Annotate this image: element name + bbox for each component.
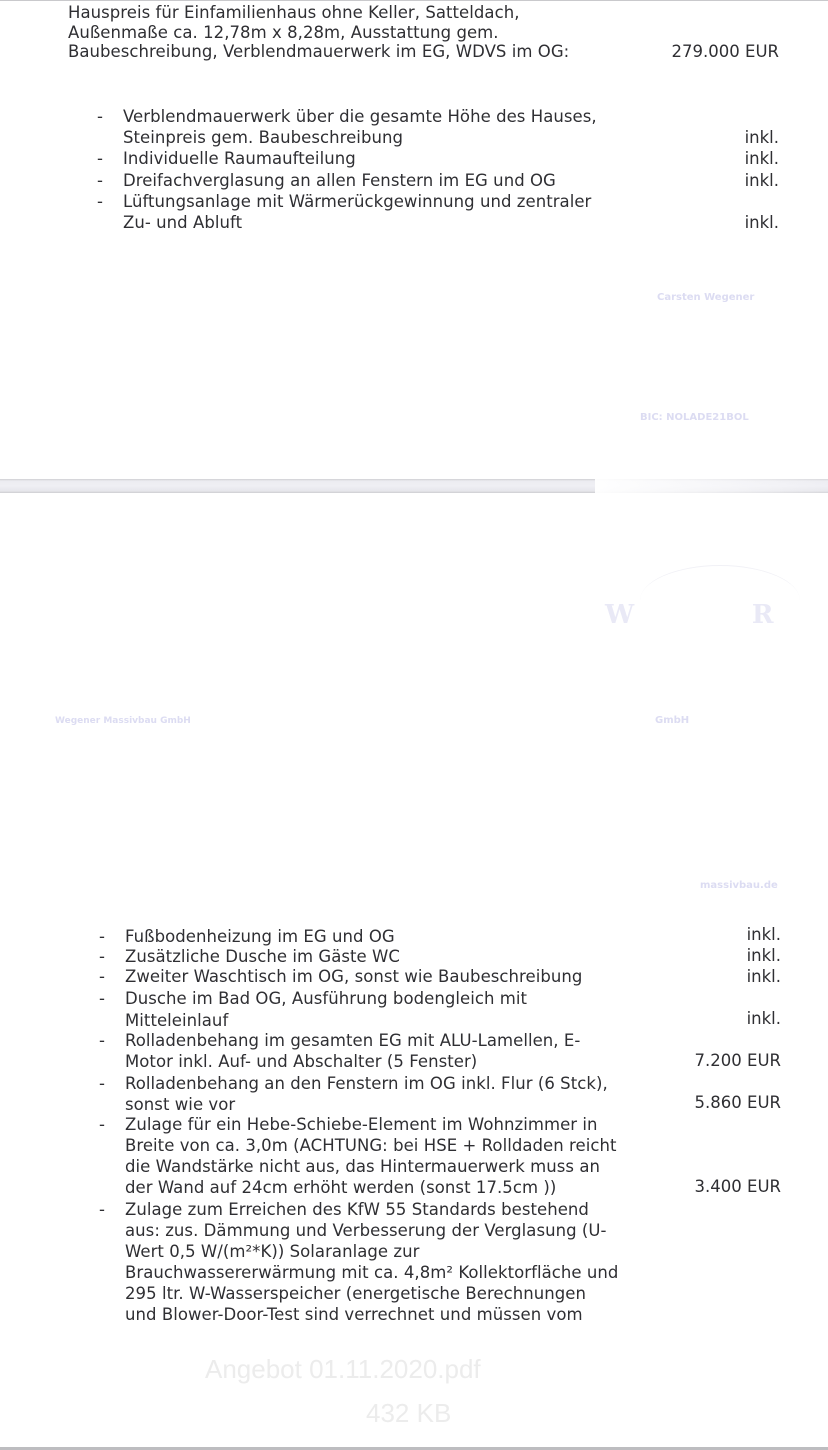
item-line: Mitteleinlauf xyxy=(125,1010,228,1031)
item-line: Verblendmauerwerk über die gesamte Höhe … xyxy=(123,106,597,127)
bullet-dash: - xyxy=(99,946,105,967)
item-price: inkl. xyxy=(747,966,781,987)
logo-ghost-icon: W R xyxy=(605,600,773,630)
bullet-dash: - xyxy=(97,191,103,212)
item-price: 5.860 EUR xyxy=(695,1092,781,1113)
item-line: Motor inkl. Auf- und Abschalter (5 Fenst… xyxy=(125,1051,477,1072)
item-line: Dusche im Bad OG, Ausführung bodengleich… xyxy=(125,988,527,1009)
item-line: sonst wie vor xyxy=(125,1094,235,1115)
watermark-text: BIC: NOLADE21BOL xyxy=(640,412,749,423)
watermark-text: Carsten Wegener xyxy=(657,292,754,303)
item-price: inkl. xyxy=(747,1008,781,1029)
item-line: Brauchwassererwärmung mit ca. 4,8m² Koll… xyxy=(125,1262,618,1283)
header-line: Hauspreis für Einfamilienhaus ohne Kelle… xyxy=(68,2,520,23)
item-line: Zweiter Waschtisch im OG, sonst wie Baub… xyxy=(125,966,582,987)
item-line: Breite von ca. 3,0m (ACHTUNG: bei HSE + … xyxy=(125,1135,617,1156)
item-line: Fußbodenheizung im EG und OG xyxy=(125,926,395,947)
item-line: Zu- und Abluft xyxy=(123,212,242,233)
bullet-dash: - xyxy=(99,1114,105,1135)
bullet-dash: - xyxy=(99,988,105,1009)
bullet-dash: - xyxy=(97,148,103,169)
top-border xyxy=(0,0,828,1)
item-line: Lüftungsanlage mit Wärmerückgewinnung un… xyxy=(123,191,591,212)
watermark-text: GmbH xyxy=(655,715,689,726)
bullet-dash: - xyxy=(99,1199,105,1220)
item-price: 7.200 EUR xyxy=(695,1050,781,1071)
attachment-size-ghost: 432 KB xyxy=(366,1398,451,1429)
item-line: die Wandstärke nicht aus, das Hintermaue… xyxy=(125,1156,600,1177)
header-line: Baubeschreibung, Verblendmauerwerk im EG… xyxy=(68,41,569,62)
item-price: 3.400 EUR xyxy=(695,1176,781,1197)
item-price: inkl. xyxy=(745,212,779,233)
base-price: 279.000 EUR xyxy=(672,41,779,62)
item-line: Rolladenbehang im gesamten EG mit ALU-La… xyxy=(125,1030,580,1051)
watermark-text: Wegener Massivbau GmbH xyxy=(55,716,191,726)
bullet-dash: - xyxy=(99,1073,105,1094)
item-price: inkl. xyxy=(745,170,779,191)
item-line: aus: zus. Dämmung und Verbesserung der V… xyxy=(125,1220,607,1241)
item-line: Zulage für ein Hebe-Schiebe-Element im W… xyxy=(125,1114,598,1135)
item-line: Rolladenbehang an den Fenstern im OG ink… xyxy=(125,1073,608,1094)
bullet-dash: - xyxy=(97,170,103,191)
item-line: Individuelle Raumaufteilung xyxy=(123,148,356,169)
item-price: inkl. xyxy=(745,148,779,169)
bullet-dash: - xyxy=(97,106,103,127)
item-line: und Blower-Door-Test sind verrechnet und… xyxy=(125,1304,583,1325)
page-separator xyxy=(0,479,828,493)
bullet-dash: - xyxy=(99,966,105,987)
header-line: Außenmaße ca. 12,78m x 8,28m, Ausstattun… xyxy=(68,22,499,43)
item-line: 295 ltr. W-Wasserspeicher (energetische … xyxy=(125,1283,586,1304)
attachment-filename-ghost: Angebot 01.11.2020.pdf xyxy=(205,1354,481,1385)
item-line: Zulage zum Erreichen des KfW 55 Standard… xyxy=(125,1199,589,1220)
item-price: inkl. xyxy=(747,924,781,945)
bullet-dash: - xyxy=(99,926,105,947)
item-line: Dreifachverglasung an allen Fenstern im … xyxy=(123,170,556,191)
item-line: der Wand auf 24cm erhöht werden (sonst 1… xyxy=(125,1177,556,1198)
watermark-text: massivbau.de xyxy=(700,880,778,891)
item-line: Zusätzliche Dusche im Gäste WC xyxy=(125,946,400,967)
item-line: Steinpreis gem. Baubeschreibung xyxy=(123,127,403,148)
item-line: Wert 0,5 W/(m²*K)) Solaranlage zur xyxy=(125,1241,419,1262)
bullet-dash: - xyxy=(99,1030,105,1051)
item-price: inkl. xyxy=(747,945,781,966)
item-price: inkl. xyxy=(745,127,779,148)
